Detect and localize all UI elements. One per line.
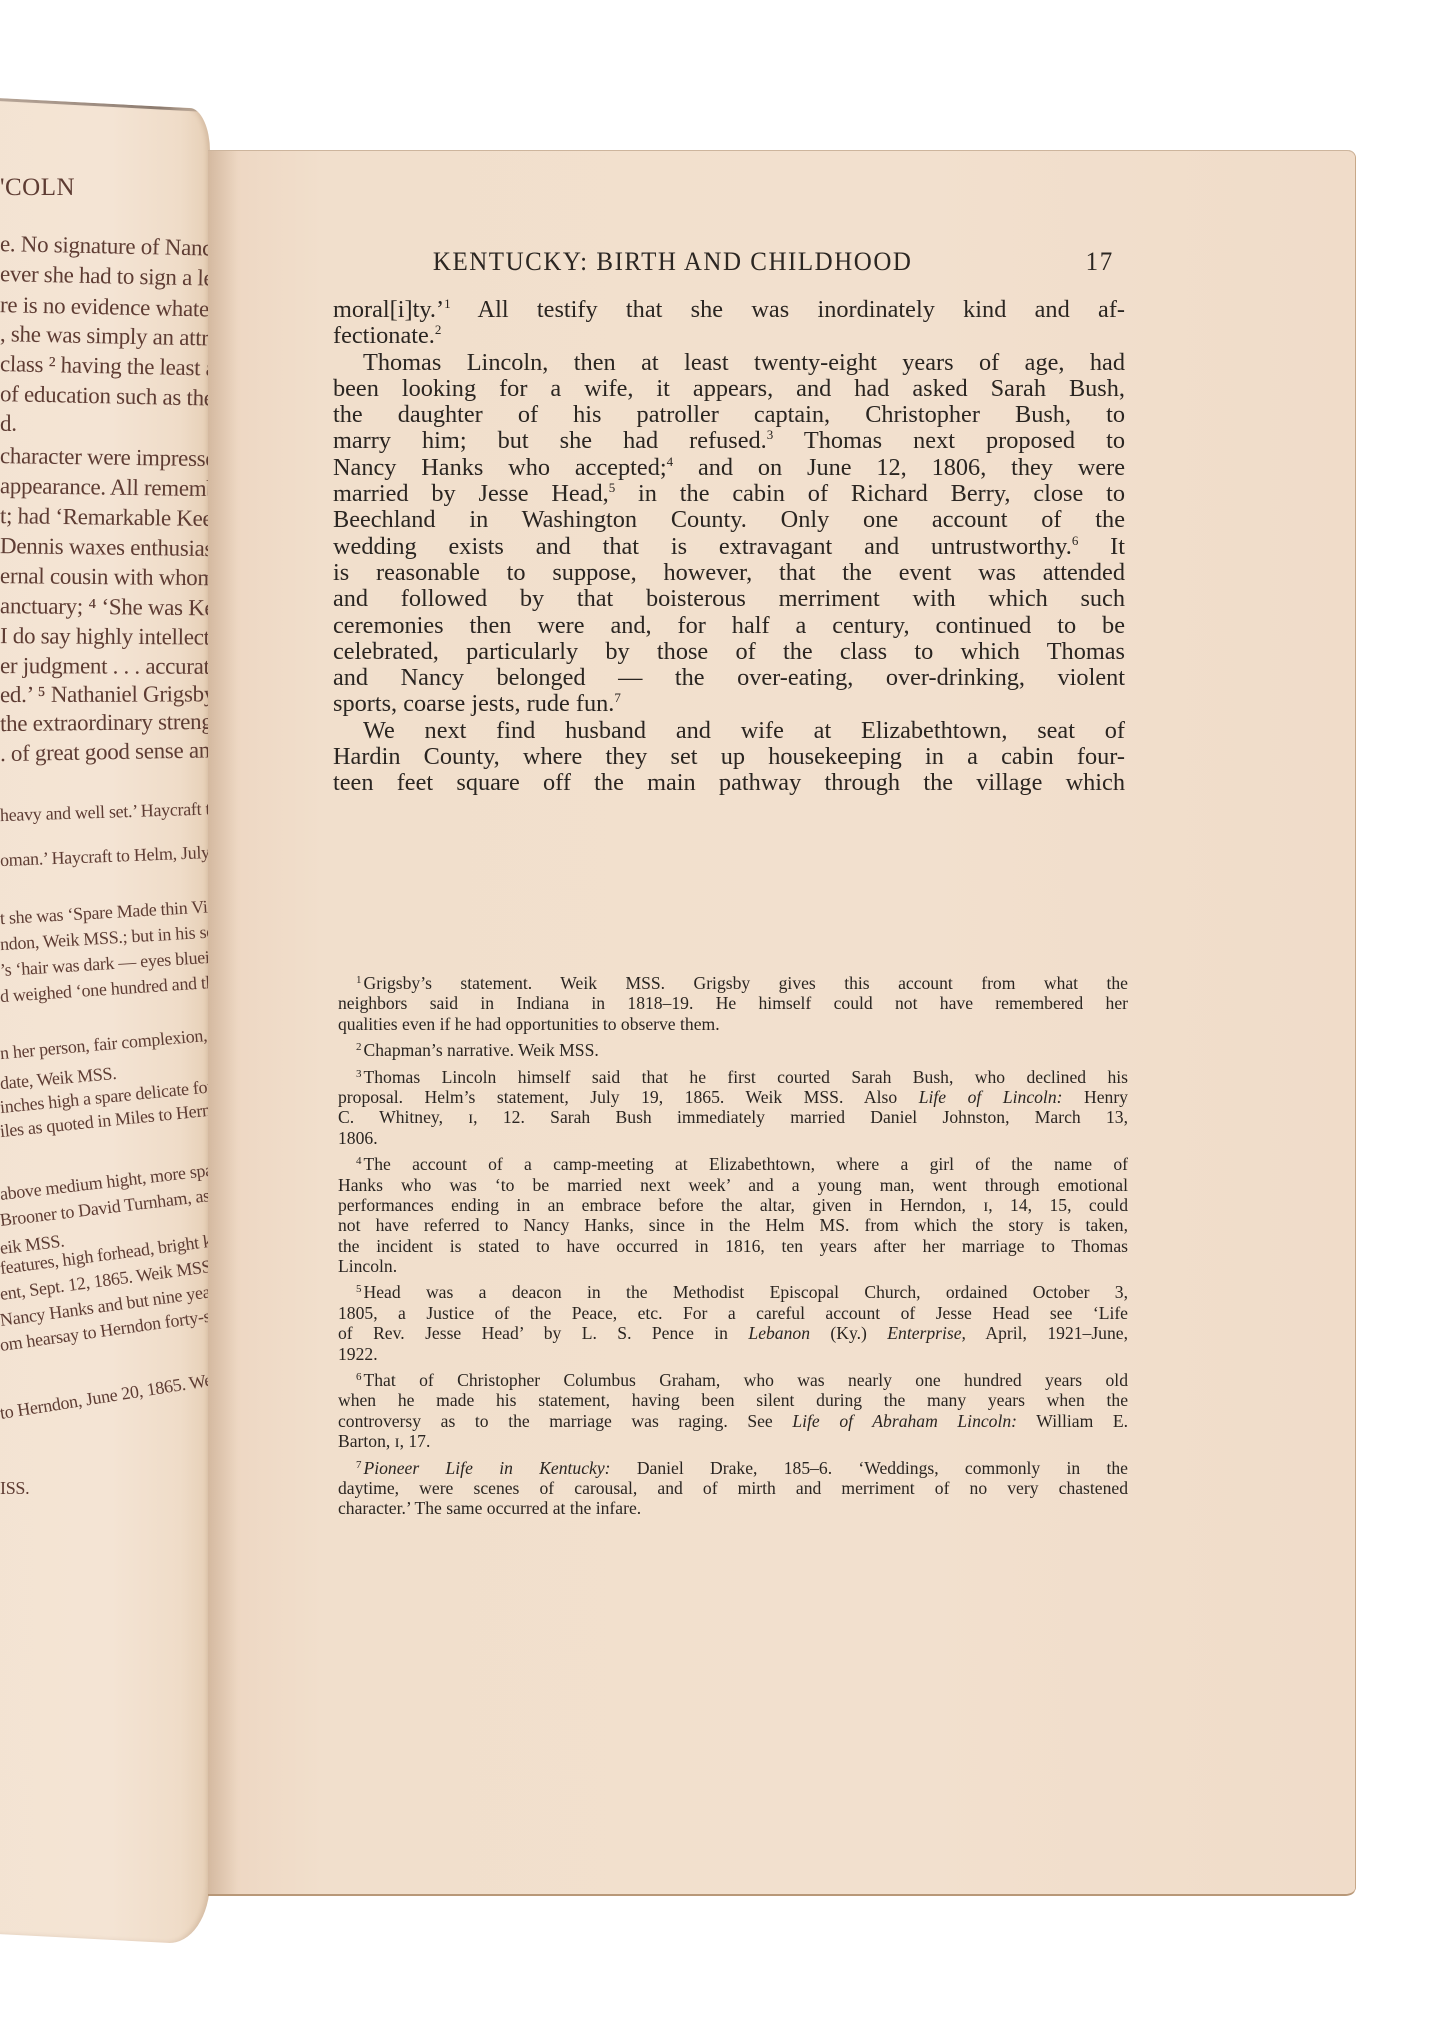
footnote-text: the incident is stated to have occurred … <box>338 1236 1128 1256</box>
chapter-title: KENTUCKY: BIRTH AND CHILDHOOD <box>433 247 913 277</box>
body-line-text: wedding exists and that is extravagant a… <box>333 533 1072 560</box>
body-line: celebrated, particularly by those of the… <box>333 639 1125 665</box>
body-line-text: and on June 12, 1806, they were <box>673 454 1125 481</box>
gutter-shadow <box>208 151 238 1894</box>
footnote-number: 1 <box>356 974 362 986</box>
body-line-text: sports, coarse jests, rude fun. <box>333 690 614 717</box>
body-line-text: moral[i]ty.’ <box>333 296 444 323</box>
left-page-line: ed.’ ⁵ Nathaniel Grigsby, <box>0 681 210 708</box>
body-line: Thomas Lincoln, then at least twenty-eig… <box>333 350 1125 376</box>
footnote-text: 1922. <box>338 1344 378 1364</box>
footnote-line: qualities even if he had opportunities t… <box>338 1014 1128 1034</box>
footnote-text: Lincoln. <box>338 1256 397 1276</box>
footnote-text: April, 1921–June, <box>966 1323 1128 1343</box>
page-number: 17 <box>1086 247 1114 277</box>
footnote-7: 7Pioneer Life in Kentucky: Daniel Drake,… <box>338 1458 1128 1519</box>
footnote-text: proposal. Helm’s statement, July 19, 186… <box>338 1087 919 1107</box>
left-page-line: appearance. All remember <box>0 473 210 502</box>
body-line-text: We next find husband and wife at Elizabe… <box>363 717 1125 744</box>
footnote-line: controversy as to the marriage was ragin… <box>338 1411 1128 1431</box>
footnote-number: 6 <box>356 1371 362 1383</box>
footnote-line: daytime, were scenes of carousal, and of… <box>338 1478 1128 1498</box>
footnote-reference[interactable]: 2 <box>435 322 442 337</box>
body-line-text: married by Jesse Head, <box>333 480 609 507</box>
body-line: marry him; but she had refused.3 Thomas … <box>333 428 1125 454</box>
body-line: moral[i]ty.’1 All testify that she was i… <box>333 297 1125 323</box>
footnote-text: The account of a camp-meeting at Elizabe… <box>364 1154 1129 1174</box>
footnote-text: (Ky.) <box>810 1323 887 1343</box>
left-page-line: to Herndon, June 20, 1865. Weik <box>0 1368 210 1424</box>
footnote-line: character.’ The same occurred at the inf… <box>338 1498 1128 1518</box>
body-text: moral[i]ty.’1 All testify that she was i… <box>333 297 1125 797</box>
footnote-text: Henry <box>1062 1087 1128 1107</box>
footnote-text: performances ending in an embrace before… <box>338 1195 1128 1215</box>
left-page-line: anctuary; ⁴ ‘She was Keen, <box>0 593 210 622</box>
body-line-text: is reasonable to suppose, however, that … <box>333 559 1125 586</box>
left-page-line: oman.’ Haycraft to Helm, July 5, <box>0 841 210 871</box>
footnote-line: 2Chapman’s narrative. Weik MSS. <box>338 1040 1128 1060</box>
footnote-line: 1806. <box>338 1128 1128 1148</box>
footnote-text: qualities even if he had opportunities t… <box>338 1014 720 1034</box>
body-line: Beechland in Washington County. Only one… <box>333 507 1125 533</box>
left-page-line: e. No signature of Nancy <box>0 231 210 262</box>
body-line: is reasonable to suppose, however, that … <box>333 560 1125 586</box>
left-page-line: the extraordinary strength <box>0 709 210 737</box>
footnote-line: when he made his statement, having been … <box>338 1390 1128 1410</box>
body-line-text: ceremonies then were and, for half a cen… <box>333 612 1125 639</box>
body-line-text: All testify that she was inordinately ki… <box>451 296 1125 323</box>
body-line-text: and Nancy belonged — the over-eating, ov… <box>333 664 1125 691</box>
footnote-line: performances ending in an embrace before… <box>338 1195 1128 1215</box>
body-line: sports, coarse jests, rude fun.7 <box>333 691 1125 717</box>
body-line: Nancy Hanks who accepted;4 and on June 1… <box>333 455 1125 481</box>
footnote-text: neighbors said in Indiana in 1818–19. He… <box>338 993 1128 1013</box>
left-page-line: class ² having the least and <box>0 351 210 382</box>
body-line-text: fectionate. <box>333 322 435 349</box>
footnote-line: not have referred to Nancy Hanks, since … <box>338 1215 1128 1235</box>
footnote-line: 6That of Christopher Columbus Graham, wh… <box>338 1370 1128 1390</box>
body-line-text: been looking for a wife, it appears, and… <box>333 375 1125 402</box>
body-line: married by Jesse Head,5 in the cabin of … <box>333 481 1125 507</box>
footnote-text: Daniel Drake, 185–6. ‘Weddings, commonly… <box>611 1458 1128 1478</box>
citation-title: Enterprise, <box>887 1323 966 1343</box>
citation-title: Life of Lincoln: <box>919 1087 1063 1107</box>
footnote-text: Grigsby’s statement. Weik MSS. Grigsby g… <box>364 973 1129 993</box>
footnote-text: Hanks who was ‘to be married next week’ … <box>338 1175 1128 1195</box>
body-line-text: It <box>1078 533 1125 560</box>
footnote-text: when he made his statement, having been … <box>338 1390 1128 1410</box>
footnote-line: 4The account of a camp-meeting at Elizab… <box>338 1154 1128 1174</box>
footnote-line: neighbors said in Indiana in 1818–19. He… <box>338 993 1128 1013</box>
body-line: the daughter of his patroller captain, C… <box>333 402 1125 428</box>
body-line: wedding exists and that is extravagant a… <box>333 534 1125 560</box>
footnote-text: 1806. <box>338 1128 378 1148</box>
left-running-head: 'COLN <box>0 174 75 202</box>
left-page-line: Dennis waxes enthusiastic <box>0 533 210 562</box>
body-line-text: Thomas Lincoln, then at least twenty-eig… <box>363 349 1125 376</box>
left-page-line: ernal cousin with whom he <box>0 563 210 592</box>
footnote-text: Chapman’s narrative. Weik MSS. <box>364 1040 599 1060</box>
body-line: ceremonies then were and, for half a cen… <box>333 613 1125 639</box>
left-page-line: t; had ‘Remarkable Keen <box>0 503 210 532</box>
footnote-line: Barton, ɪ, 17. <box>338 1431 1128 1451</box>
left-page-line: of education such as the <box>0 381 210 411</box>
footnote-line: 7Pioneer Life in Kentucky: Daniel Drake,… <box>338 1458 1128 1478</box>
citation-title: Life of Abraham Lincoln: <box>792 1411 1017 1431</box>
body-line: Hardin County, where they set up houseke… <box>333 744 1125 770</box>
footnote-text: not have referred to Nancy Hanks, since … <box>338 1215 1128 1235</box>
body-line: fectionate.2 <box>333 323 1125 349</box>
footnote-2: 2Chapman’s narrative. Weik MSS. <box>338 1040 1128 1060</box>
left-facing-page: 'COLN e. No signature of Nancyever she h… <box>0 96 210 1945</box>
footnote-text: C. Whitney, ɪ, 12. Sarah Bush immediatel… <box>338 1107 1128 1127</box>
footnote-text: of Rev. Jesse Head’ by L. S. Pence in <box>338 1323 748 1343</box>
footnote-text: William E. <box>1017 1411 1128 1431</box>
left-page-line: n her person, fair complexion, light <box>0 1022 210 1064</box>
footnote-number: 4 <box>356 1155 362 1167</box>
footnote-4: 4The account of a camp-meeting at Elizab… <box>338 1154 1128 1276</box>
footnotes: 1Grigsby’s statement. Weik MSS. Grigsby … <box>338 973 1128 1525</box>
citation-title: Lebanon <box>748 1323 810 1343</box>
footnote-text: character.’ The same occurred at the inf… <box>338 1498 641 1518</box>
left-page-line: I do say highly intellectual <box>0 623 210 651</box>
body-line-text: Thomas next proposed to <box>773 427 1125 454</box>
body-line-text: celebrated, particularly by those of the… <box>333 638 1125 665</box>
footnote-line: 5Head was a deacon in the Methodist Epis… <box>338 1282 1128 1302</box>
body-line-text: marry him; but she had refused. <box>333 427 767 454</box>
footnote-line: 1922. <box>338 1344 1128 1364</box>
body-line-text: the daughter of his patroller captain, C… <box>333 401 1125 428</box>
footnote-line: 1Grigsby’s statement. Weik MSS. Grigsby … <box>338 973 1128 993</box>
body-line: and followed by that boisterous merrimen… <box>333 586 1125 612</box>
left-page-line: ever she had to sign a legal <box>0 261 210 292</box>
body-line-text: Nancy Hanks who accepted; <box>333 454 667 481</box>
left-page-line: heavy and well set.’ Haycraft to <box>0 798 210 826</box>
body-line-text: teen feet square off the main pathway th… <box>333 769 1125 796</box>
footnote-text: 1805, a Justice of the Peace, etc. For a… <box>338 1303 1128 1323</box>
footnote-line: 3Thomas Lincoln himself said that he fir… <box>338 1067 1128 1087</box>
body-line: teen feet square off the main pathway th… <box>333 770 1125 796</box>
footnote-line: the incident is stated to have occurred … <box>338 1236 1128 1256</box>
footnote-line: Lincoln. <box>338 1256 1128 1276</box>
left-page-line: er judgment . . . accurate. <box>0 653 210 680</box>
footnote-number: 2 <box>356 1041 362 1053</box>
footnote-text: Barton, ɪ, 17. <box>338 1431 430 1451</box>
footnote-line: C. Whitney, ɪ, 12. Sarah Bush immediatel… <box>338 1107 1128 1127</box>
footnote-5: 5Head was a deacon in the Methodist Epis… <box>338 1282 1128 1364</box>
footnote-text: Thomas Lincoln himself said that he firs… <box>364 1067 1129 1087</box>
right-page: KENTUCKY: BIRTH AND CHILDHOOD 17 moral[i… <box>208 150 1355 1894</box>
citation-title: Pioneer Life in Kentucky: <box>364 1458 611 1478</box>
footnote-line: proposal. Helm’s statement, July 19, 186… <box>338 1087 1128 1107</box>
left-page-line: ISS. <box>0 1478 29 1499</box>
left-page-line: re is no evidence whatever <box>0 292 210 323</box>
footnote-line: 1805, a Justice of the Peace, etc. For a… <box>338 1303 1128 1323</box>
left-page-line: , she was simply an attrac- <box>0 321 210 352</box>
left-page-line: character were impressed <box>0 443 210 472</box>
footnote-6: 6That of Christopher Columbus Graham, wh… <box>338 1370 1128 1452</box>
footnote-text: Head was a deacon in the Methodist Episc… <box>364 1282 1129 1302</box>
body-line-text: Hardin County, where they set up houseke… <box>333 743 1125 770</box>
footnote-3: 3Thomas Lincoln himself said that he fir… <box>338 1067 1128 1149</box>
footnote-text: That of Christopher Columbus Graham, who… <box>364 1370 1129 1390</box>
body-line: and Nancy belonged — the over-eating, ov… <box>333 665 1125 691</box>
footnote-reference[interactable]: 7 <box>614 690 621 705</box>
body-line-text: and followed by that boisterous merrimen… <box>333 585 1125 612</box>
footnote-line: of Rev. Jesse Head’ by L. S. Pence in Le… <box>338 1323 1128 1343</box>
body-line-text: Beechland in Washington County. Only one… <box>333 506 1125 533</box>
left-page-line: . of great good sense and <box>0 737 210 767</box>
footnote-number: 7 <box>356 1459 362 1471</box>
left-page-line: d. <box>0 411 17 437</box>
body-line: been looking for a wife, it appears, and… <box>333 376 1125 402</box>
footnote-line: Hanks who was ‘to be married next week’ … <box>338 1175 1128 1195</box>
footnote-text: controversy as to the marriage was ragin… <box>338 1411 792 1431</box>
footnote-number: 3 <box>356 1068 362 1080</box>
body-line-text: in the cabin of Richard Berry, close to <box>615 480 1125 507</box>
footnote-text: daytime, were scenes of carousal, and of… <box>338 1478 1128 1498</box>
footnote-1: 1Grigsby’s statement. Weik MSS. Grigsby … <box>338 973 1128 1034</box>
footnote-number: 5 <box>356 1283 362 1295</box>
body-line: We next find husband and wife at Elizabe… <box>333 718 1125 744</box>
